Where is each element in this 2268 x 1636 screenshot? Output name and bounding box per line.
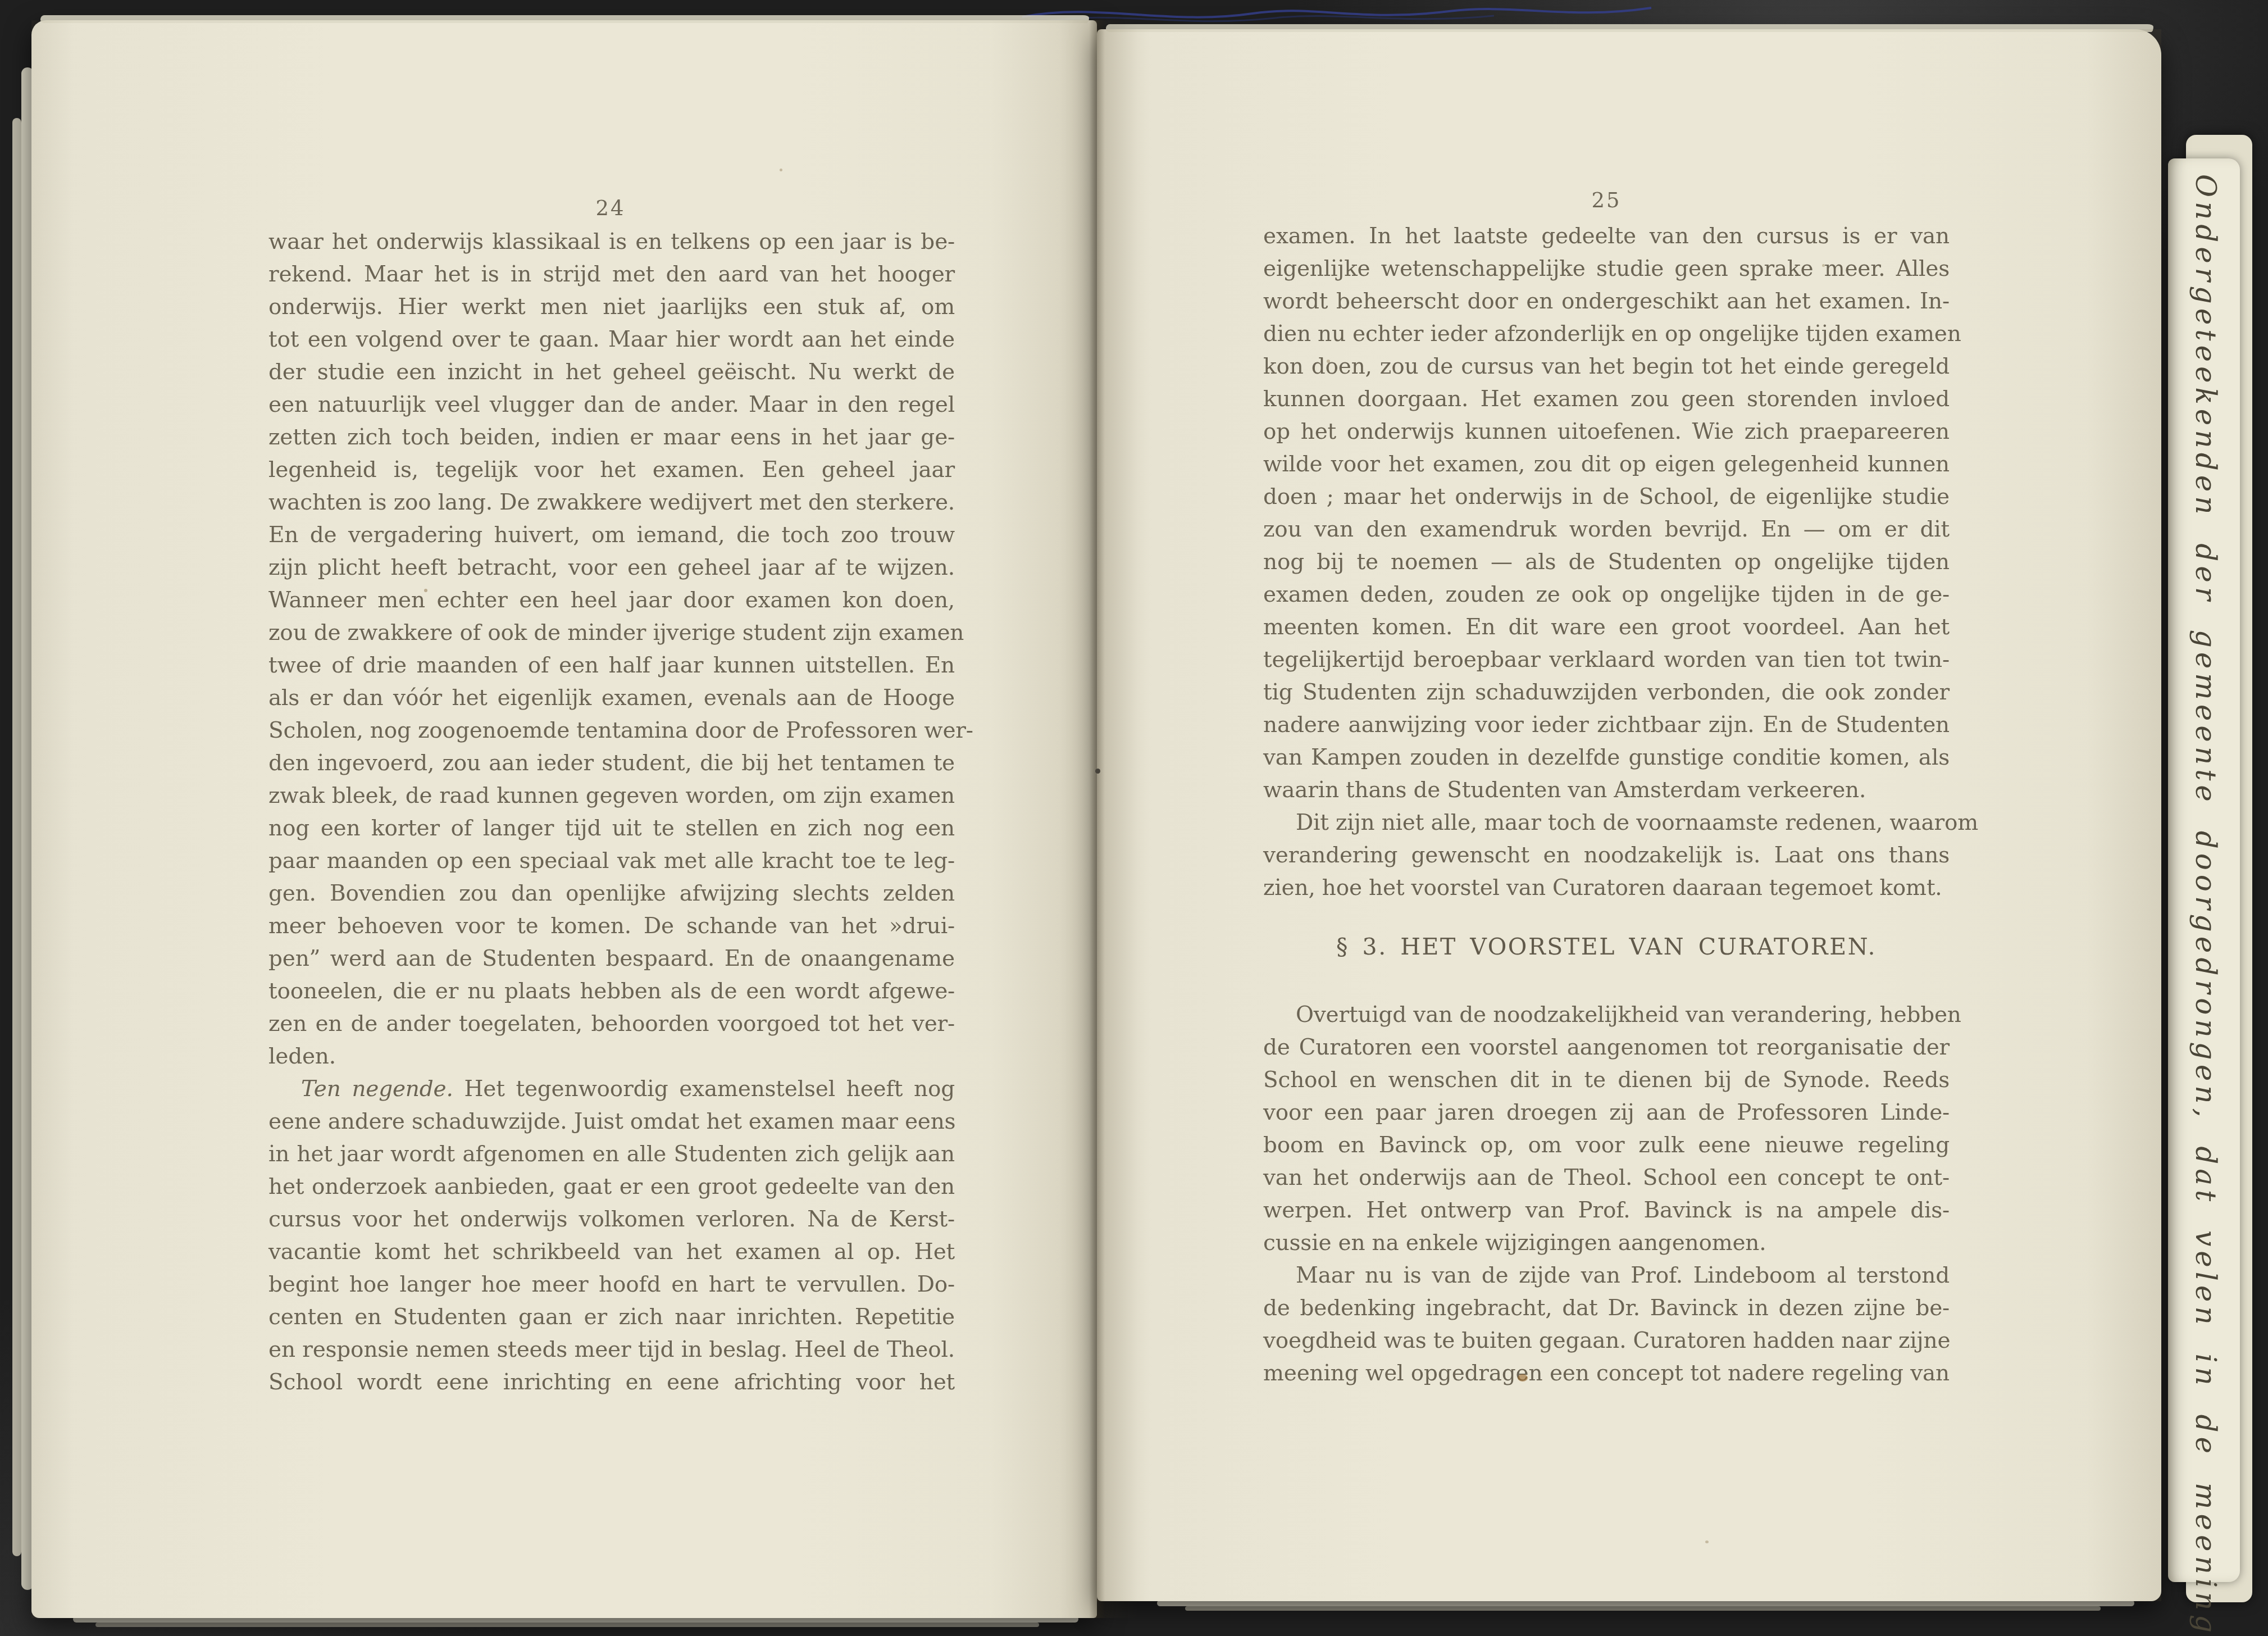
paper-speck xyxy=(1822,264,1825,267)
paper-speck xyxy=(1705,1540,1709,1543)
open-book-scan: Ondergeteekenden der gemeente doorgedron… xyxy=(0,0,2268,1636)
page-number: 25 xyxy=(1263,188,1950,213)
page-25-text: examen. In het laatste gedeelte van den … xyxy=(1263,220,1950,1390)
ink-stain xyxy=(1518,1374,1528,1381)
paragraph: Ten negende. Het tegenwoordig examenstel… xyxy=(268,1073,955,1399)
paper-speck xyxy=(1523,1114,1526,1116)
paragraph: Maar nu is van de zijde van Prof. Lindeb… xyxy=(1263,1260,1950,1390)
paper-speck xyxy=(508,1346,512,1349)
paragraph: Overtuigd van de noodzakelijkheid van ve… xyxy=(1263,999,1950,1260)
page-24: 24 waar het onderwijs klassikaal is en t… xyxy=(31,20,1097,1618)
page-stack-edge xyxy=(12,118,21,1556)
paper-speck xyxy=(424,589,427,592)
handwritten-annotation: Ondergeteekenden der gemeente doorgedron… xyxy=(2188,174,2223,1551)
paragraph: waar het onderwijs klassikaal is en telk… xyxy=(268,226,955,1073)
gutter-speck xyxy=(1095,769,1100,774)
page-number: 24 xyxy=(267,196,954,221)
paper-speck xyxy=(1327,360,1330,363)
page-24-text: waar het onderwijs klassikaal is en telk… xyxy=(268,226,955,1399)
section-heading: § 3. HET VOORSTEL VAN CURATOREN. xyxy=(1263,930,1950,963)
page-25: 25 examen. In het laatste gedeelte van d… xyxy=(1097,29,2161,1601)
paper-speck xyxy=(780,169,782,171)
paragraph: Dit zijn niet alle, maar toch de voornaa… xyxy=(1263,807,1950,905)
page-stack-edge xyxy=(1185,1606,2101,1611)
paragraph: examen. In het laatste gedeelte van den … xyxy=(1263,220,1950,807)
page-stack-edge xyxy=(95,1623,1039,1627)
